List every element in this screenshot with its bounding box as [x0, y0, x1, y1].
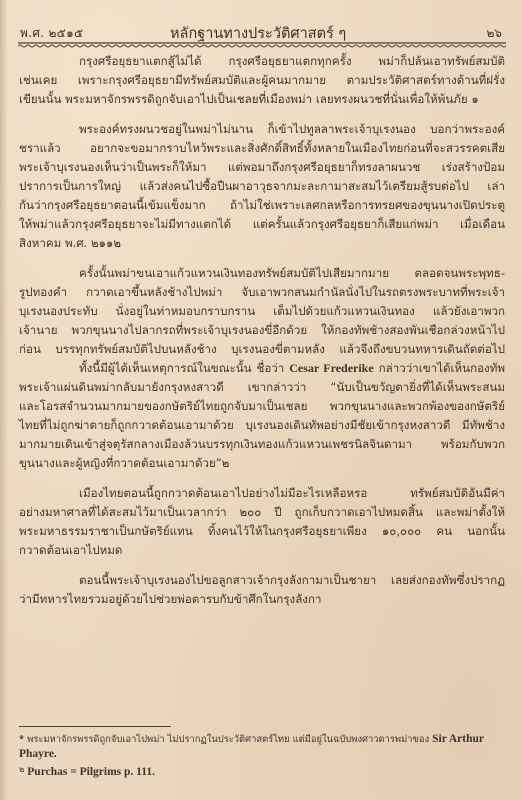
- header-year: พ.ศ. ๒๕๑๕: [20, 24, 83, 43]
- footnote-divider: [19, 726, 171, 727]
- footnote-1: ๑พระมหาจักรพรรดิถูกจับเอาไปพม่า ไม่ปรากฏ…: [19, 729, 507, 747]
- text-line: บุเรงนองประทับ นั่งอยู่ในท่าหมอบกราบกราน…: [19, 302, 505, 321]
- text-line: ขุนนางและผู้หญิงที่กวาดต้อนเอามาด้วย”๒: [19, 454, 505, 473]
- running-header: พ.ศ. ๒๕๑๕ หลักฐานทางประวัติศาสตร์ ๆ ๒๖: [20, 22, 502, 40]
- paragraph-2: พระองค์ทรงผนวชอยู่ในพม่าไม่นาน ก็เข้าไปท…: [19, 120, 505, 253]
- footnote-marker: ๒: [19, 765, 24, 774]
- footnote-text: พระมหาจักรพรรดิถูกจับเอาไปพม่า ไม่ปรากฏใ…: [27, 734, 429, 745]
- text-line: กวาดต้อนเอาไปหมด: [19, 541, 505, 560]
- text-line: พระมหาธรรมราชาเป็นกษัตริย์แทน ทิ้งคนไว้ใ…: [19, 522, 505, 541]
- footnote-latin: Purchas = Pilgrims p. 111.: [27, 766, 155, 778]
- text-line: ไทยที่ไม่ถูกฆ่าตายก็ถูกกวาดต้อนเอามาด้วย…: [19, 416, 505, 435]
- text-line: กันว่ากรุงศรีอยุธยาตอนนี้เข้มแข็งมาก ถ้า…: [19, 196, 505, 215]
- book-page: พ.ศ. ๒๕๑๕ หลักฐานทางประวัติศาสตร์ ๆ ๒๖ ก…: [0, 0, 522, 800]
- text-line: เช่นเคย เพราะกรุงศรีอยุธยามีทรัพย์สมบัติ…: [19, 71, 505, 90]
- paragraph-4: ทั้งนี้มีผู้ได้เห็นเหตุการณ์ในขณะนั้น ชื…: [19, 359, 505, 473]
- text-line: เขียนนั้น พระมหาจักรพรรดิถูกจับเอาไปเป็น…: [19, 90, 505, 109]
- footnote-latin: Sir Arthur: [432, 733, 484, 745]
- text-line: พระเจ้าบุเรงนองเห็นว่าเป็นพระก็ให้มา แต่…: [19, 158, 505, 177]
- text-line: ตอนนี้พระเจ้าบุเรงนองไปขอลูกสาวเจ้ากรุงล…: [19, 571, 505, 590]
- text-line: ทั้งนี้มีผู้ได้เห็นเหตุการณ์ในขณะนั้น ชื…: [19, 359, 505, 378]
- text-line: เมืองไทยตอนนี้ถูกกวาดต้อนเอาไปอย่างไม่มี…: [19, 484, 505, 503]
- text-line: อย่างมหาศาลที่ได้สะสมไว้มาเป็นเวลากว่า ๒…: [19, 503, 505, 522]
- paragraph-1: กรุงศรีอยุธยาแตกสู้ไม่ได้ กรุงศรีอยุธยาแ…: [19, 52, 505, 109]
- text-line: มากมายเดินเข้าสู่จตุรัสกลางเมืองล้วนบรรท…: [19, 435, 505, 454]
- witness-name: Cesar Frederike: [289, 361, 373, 375]
- text-line: พระเจ้าแผ่นดินพม่ากลับมายังกรุงหงสาวดี เ…: [19, 378, 505, 397]
- text-line: ก่อน บรรทุกทรัพย์สมบัติไปบนหลังช้าง บุเร…: [19, 340, 505, 359]
- text-line: รูปทองคำ กวาดเอาขึ้นหลังช้างไปพม่า จับเอ…: [19, 283, 505, 302]
- footnote-1-continuation: Phayre.: [19, 747, 507, 762]
- text-line: เจ้านาย พวกขุนนางไปลากรถที่พระเจ้าบุเรงน…: [19, 321, 505, 340]
- paragraph-6: ตอนนี้พระเจ้าบุเรงนองไปขอลูกสาวเจ้ากรุงล…: [19, 571, 505, 609]
- body-text: กรุงศรีอยุธยาแตกสู้ไม่ได้ กรุงศรีอยุธยาแ…: [19, 52, 505, 609]
- text-line: สิงหาคม พ.ศ. ๒๑๑๒: [19, 234, 505, 253]
- text-line: และโอรสจำนวนมากมายของกษัตริย์ไทยถูกจับมา…: [19, 397, 505, 416]
- text-line: ครั้งนั้นพม่าขนเอาแก้วแหวนเงินทองทรัพย์ส…: [19, 264, 505, 283]
- footnote-2: ๒Purchas = Pilgrims p. 111.: [19, 762, 507, 780]
- text-line: กรุงศรีอยุธยาแตกสู้ไม่ได้ กรุงศรีอยุธยาแ…: [19, 52, 505, 71]
- header-wavy-rule: [18, 42, 506, 48]
- intro-rest: กล่าวว่าเขาได้เห็นกองทัพ: [379, 361, 505, 375]
- footnote-marker: ๑: [19, 732, 24, 741]
- footnotes: ๑พระมหาจักรพรรดิถูกจับเอาไปพม่า ไม่ปรากฏ…: [19, 729, 507, 780]
- footnote-latin: Phayre.: [19, 748, 57, 760]
- text-line: ปราการเป็นการใหญ่ แล้วส่งคนไปซื้อปืนผาอา…: [19, 177, 505, 196]
- text-line: ให้พม่าแล้วกรุงศรีอยุธยาจะไม่มีทางแตกได้…: [19, 215, 505, 234]
- text-line: ชราแล้ว อยากจะขอมากราบไหว้พระและสิ่งศักด…: [19, 139, 505, 158]
- page-number: ๒๖: [486, 24, 502, 43]
- text-line: พระองค์ทรงผนวชอยู่ในพม่าไม่นาน ก็เข้าไปท…: [19, 120, 505, 139]
- paragraph-3: ครั้งนั้นพม่าขนเอาแก้วแหวนเงินทองทรัพย์ส…: [19, 264, 505, 359]
- paragraph-5: เมืองไทยตอนนี้ถูกกวาดต้อนเอาไปอย่างไม่มี…: [19, 484, 505, 560]
- text-line: ว่ามีทหารไทยรวมอยู่ด้วยไปช่วยพ่อตารบกับข…: [19, 590, 505, 609]
- page-gutter-shadow: [0, 0, 8, 800]
- intro-text: ทั้งนี้มีผู้ได้เห็นเหตุการณ์ในขณะนั้น ชื…: [79, 361, 284, 375]
